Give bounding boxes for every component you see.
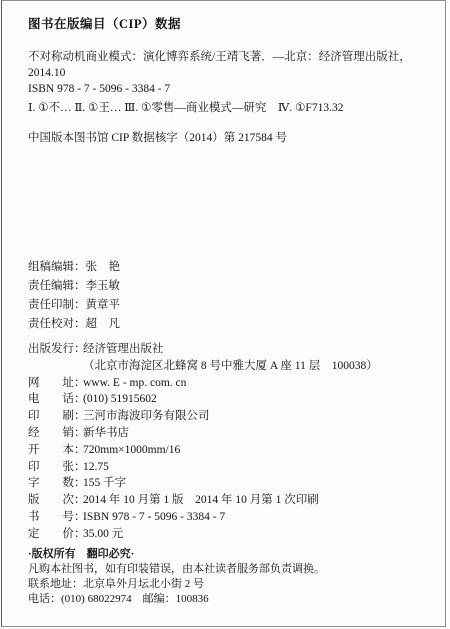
publishing-row: 字 数：155 千字 xyxy=(28,475,378,492)
publishing-row: 电 话：(010) 51915602 xyxy=(28,391,378,408)
publishing-value: 2014 年 10 月第 1 版 2014 年 10 月第 1 次印刷 xyxy=(83,492,319,509)
book-title-line: 不对称动机商业模式：演化博弈系统/王靖飞著．—北京：经济管理出版社，2014.1… xyxy=(28,49,430,81)
publishing-row: 网 址：www. E - mp. com. cn xyxy=(28,375,378,392)
publishing-row: 版 次：2014 年 10 月第 1 版 2014 年 10 月第 1 次印刷 xyxy=(28,492,378,509)
publishing-label: 印 刷： xyxy=(28,408,83,425)
publishing-row: 出版发行：经济管理出版社 xyxy=(28,341,378,358)
credit-row: 责任校对：超 凡 xyxy=(28,315,120,334)
publishing-label: 版 次： xyxy=(28,492,83,509)
copyright-notice: ·版权所有 翻印必究· xyxy=(28,547,325,562)
credit-value: 张 艳 xyxy=(86,258,121,277)
credit-label: 组稿编辑： xyxy=(28,258,86,277)
cip-record-number: 中国版本图书馆 CIP 数据核字（2014）第 217584 号 xyxy=(28,129,287,145)
isbn-line: ISBN 978 - 7 - 5096 - 3384 - 7 xyxy=(28,81,430,97)
publishing-row: 印 张：12.75 xyxy=(28,459,378,476)
publishing-row: 书 号：ISBN 978 - 7 - 5096 - 3384 - 7 xyxy=(28,509,378,526)
contact-address: 联系地址：北京阜外月坛北小街 2 号 xyxy=(28,577,325,592)
publishing-value: 35.00 元 xyxy=(83,526,123,543)
credit-label: 责任编辑： xyxy=(28,277,86,296)
publishing-row: 开 本：720mm×1000mm/16 xyxy=(28,442,378,459)
publishing-value: (010) 51915602 xyxy=(83,391,157,408)
publishing-value: 新华书店 xyxy=(83,425,129,442)
publishing-value: 三河市海波印务有限公司 xyxy=(83,408,210,425)
credit-value: 黄章平 xyxy=(86,296,121,315)
publishing-value: 经济管理出版社 xyxy=(83,341,164,358)
credit-row: 组稿编辑：张 艳 xyxy=(28,258,120,277)
credit-row: 责任编辑：李玉敏 xyxy=(28,277,120,296)
publishing-value: ISBN 978 - 7 - 5096 - 3384 - 7 xyxy=(83,509,225,526)
exchange-note: 凡购本社图书，如有印装错误，由本社读者服务部负责调换。 xyxy=(28,562,325,577)
cip-block: 不对称动机商业模式：演化博弈系统/王靖飞著．—北京：经济管理出版社，2014.1… xyxy=(28,49,430,97)
publishing-row: 定 价：35.00 元 xyxy=(28,526,378,543)
publishing-label: 网 址： xyxy=(28,375,83,392)
credit-value: 超 凡 xyxy=(86,315,121,334)
publishing-label: 电 话： xyxy=(28,391,83,408)
footer-block: ·版权所有 翻印必究· 凡购本社图书，如有印装错误，由本社读者服务部负责调换。 … xyxy=(28,547,325,607)
publishing-row: （北京市海淀区北蜂窝 8 号中雅大厦 A 座 11 层 100038） xyxy=(28,358,378,375)
publishing-label: 开 本： xyxy=(28,442,83,459)
contact-phone: 电话：(010) 68022974 邮编：100836 xyxy=(28,592,325,607)
publishing-row: 印 刷：三河市海波印务有限公司 xyxy=(28,408,378,425)
publishing-label: 定 价： xyxy=(28,526,83,543)
credit-row: 责任印制：黄章平 xyxy=(28,296,120,315)
publishing-value: 12.75 xyxy=(83,459,109,476)
publishing-label: 经 销： xyxy=(28,425,83,442)
publishing-value: 720mm×1000mm/16 xyxy=(83,442,180,459)
editor-credits: 组稿编辑：张 艳 责任编辑：李玉敏 责任印制：黄章平 责任校对：超 凡 xyxy=(28,258,120,334)
publishing-value: （北京市海淀区北蜂窝 8 号中雅大厦 A 座 11 层 100038） xyxy=(83,358,378,375)
publishing-value: www. E - mp. com. cn xyxy=(83,375,186,392)
publishing-row: 经 销：新华书店 xyxy=(28,425,378,442)
credit-value: 李玉敏 xyxy=(86,277,121,296)
publishing-label: 书 号： xyxy=(28,509,83,526)
publishing-label xyxy=(28,358,83,375)
copyright-page: 图书在版编目（CIP）数据 不对称动机商业模式：演化博弈系统/王靖飞著．—北京：… xyxy=(0,0,450,629)
publishing-label: 印 张： xyxy=(28,459,83,476)
publishing-value: 155 千字 xyxy=(83,475,126,492)
cip-header: 图书在版编目（CIP）数据 xyxy=(28,14,181,32)
credit-label: 责任校对： xyxy=(28,315,86,334)
publishing-label: 出版发行： xyxy=(28,341,83,358)
credit-label: 责任印制： xyxy=(28,296,86,315)
cip-classification: Ⅰ. ①不… Ⅱ. ①王… Ⅲ. ①零售—商业模式—研究 Ⅳ. ①F713.32 xyxy=(28,99,343,115)
publishing-label: 字 数： xyxy=(28,475,83,492)
publishing-info: 出版发行：经济管理出版社 （北京市海淀区北蜂窝 8 号中雅大厦 A 座 11 层… xyxy=(28,341,378,543)
